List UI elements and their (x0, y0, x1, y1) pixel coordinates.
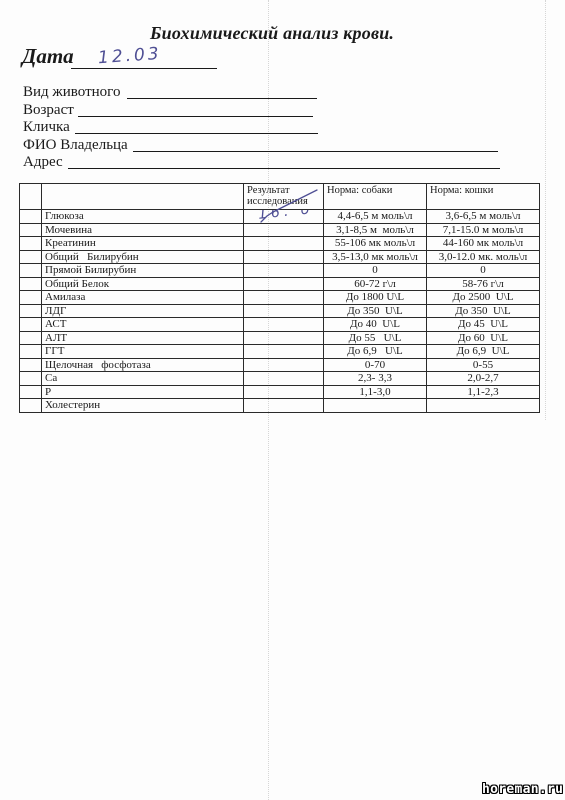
table-row: P 1,1-3,0 1,1-2,3 (20, 385, 540, 399)
result-cell[interactable] (244, 385, 324, 399)
document-title: Биохимический анализ крови. (150, 23, 394, 44)
result-cell[interactable] (244, 250, 324, 264)
parameter-name: АСТ (42, 318, 244, 332)
result-cell[interactable] (244, 223, 324, 237)
norm-dogs: 2,3- 3,3 (324, 372, 427, 386)
norm-cats: 44-160 мк моль\л (427, 237, 540, 251)
norm-cats: 2,0-2,7 (427, 372, 540, 386)
norm-dogs: 3,1-8,5 м моль\л (324, 223, 427, 237)
result-cell[interactable] (244, 318, 324, 332)
table-row: АЛТ До 55 U\L До 60 U\L (20, 331, 540, 345)
norm-cats: 58-76 г\л (427, 277, 540, 291)
norm-cats: 0 (427, 264, 540, 278)
norm-dogs: До 55 U\L (324, 331, 427, 345)
result-cell[interactable] (244, 264, 324, 278)
row-number (20, 223, 42, 237)
scan-artifact (545, 0, 546, 420)
result-cell[interactable] (244, 291, 324, 305)
norm-dogs (324, 399, 427, 413)
table-row: АСТ До 40 U\L До 45 U\L (20, 318, 540, 332)
table-row: Щелочная фосфотаза 0-70 0-55 (20, 358, 540, 372)
norm-dogs: 4,4-6,5 м моль\л (324, 210, 427, 224)
row-number (20, 277, 42, 291)
field-label-age: Возраст (23, 102, 74, 119)
parameter-name: Амилаза (42, 291, 244, 305)
parameter-name: Ca (42, 372, 244, 386)
watermark: horeman.ru (482, 782, 563, 797)
row-number (20, 304, 42, 318)
result-cell[interactable] (244, 372, 324, 386)
result-cell[interactable]: 16. о (244, 210, 324, 224)
norm-dogs: До 350 U\L (324, 304, 427, 318)
row-number (20, 210, 42, 224)
table-row: Прямой Билирубин 0 0 (20, 264, 540, 278)
result-cell[interactable] (244, 237, 324, 251)
norm-cats: 7,1-15.0 м моль\л (427, 223, 540, 237)
row-number (20, 345, 42, 359)
parameter-name: Креатинин (42, 237, 244, 251)
field-line-nickname[interactable] (75, 133, 318, 134)
scanned-document-page: Биохимический анализ крови. Дата 12.03 В… (0, 0, 565, 800)
row-number (20, 331, 42, 345)
norm-cats: До 350 U\L (427, 304, 540, 318)
table-header-row: Результат исследования Норма: собаки Нор… (20, 184, 540, 210)
field-label-nickname: Кличка (23, 119, 70, 136)
table-row: Креатинин 55-106 мк моль\л 44-160 мк мол… (20, 237, 540, 251)
row-number (20, 358, 42, 372)
norm-cats: 3,6-6,5 м моль\л (427, 210, 540, 224)
date-label: Дата (22, 44, 74, 69)
table-row: Глюкоза 16. о 4,4-6,5 м моль\л 3,6-6,5 м… (20, 210, 540, 224)
parameter-name: ГГТ (42, 345, 244, 359)
date-handwritten-value: 12.03 (97, 44, 162, 68)
header-norm-cats: Норма: кошки (427, 184, 540, 210)
table-row: Общий Белок 60-72 г\л 58-76 г\л (20, 277, 540, 291)
norm-dogs: 0 (324, 264, 427, 278)
table-row: Ca 2,3- 3,3 2,0-2,7 (20, 372, 540, 386)
norm-dogs: До 6,9 U\L (324, 345, 427, 359)
norm-dogs: 55-106 мк моль\л (324, 237, 427, 251)
parameter-name: Прямой Билирубин (42, 264, 244, 278)
row-number (20, 264, 42, 278)
parameter-name: Общий Белок (42, 277, 244, 291)
row-number (20, 318, 42, 332)
row-number (20, 385, 42, 399)
norm-cats: До 45 U\L (427, 318, 540, 332)
header-result: Результат исследования (244, 184, 324, 210)
parameter-name: P (42, 385, 244, 399)
field-label-address: Адрес (23, 154, 63, 171)
header-parameter (42, 184, 244, 210)
table-row: Общий Билирубин 3,5-13,0 мк моль\л 3,0-1… (20, 250, 540, 264)
field-line-age[interactable] (78, 116, 313, 117)
table-row: Холестерин (20, 399, 540, 413)
norm-dogs: До 1800 U\L (324, 291, 427, 305)
norm-cats (427, 399, 540, 413)
date-underline (71, 68, 217, 69)
parameter-name: Глюкоза (42, 210, 244, 224)
norm-cats: 0-55 (427, 358, 540, 372)
header-norm-dogs: Норма: собаки (324, 184, 427, 210)
norm-cats: До 6,9 U\L (427, 345, 540, 359)
field-label-species: Вид животного (23, 84, 120, 101)
row-number (20, 291, 42, 305)
result-cell[interactable] (244, 345, 324, 359)
norm-dogs: 1,1-3,0 (324, 385, 427, 399)
row-number (20, 372, 42, 386)
header-number (20, 184, 42, 210)
field-line-owner-name[interactable] (133, 151, 498, 152)
parameter-name: Мочевина (42, 223, 244, 237)
norm-cats: До 2500 U\L (427, 291, 540, 305)
row-number (20, 250, 42, 264)
field-line-species[interactable] (127, 98, 317, 99)
norm-dogs: 3,5-13,0 мк моль\л (324, 250, 427, 264)
parameter-name: Общий Билирубин (42, 250, 244, 264)
result-cell[interactable] (244, 358, 324, 372)
field-line-address[interactable] (68, 168, 500, 169)
parameter-name: Холестерин (42, 399, 244, 413)
table-row: Амилаза До 1800 U\L До 2500 U\L (20, 291, 540, 305)
handwritten-result: 16. о (258, 210, 314, 221)
result-cell[interactable] (244, 277, 324, 291)
field-label-owner-name: ФИО Владельца (23, 137, 128, 154)
norm-dogs: 0-70 (324, 358, 427, 372)
result-cell[interactable] (244, 331, 324, 345)
norm-cats: 3,0-12.0 мк. моль\л (427, 250, 540, 264)
table-row: Мочевина 3,1-8,5 м моль\л 7,1-15.0 м мол… (20, 223, 540, 237)
parameter-name: Щелочная фосфотаза (42, 358, 244, 372)
table-row: ЛДГ До 350 U\L До 350 U\L (20, 304, 540, 318)
norm-cats: До 60 U\L (427, 331, 540, 345)
table-row: ГГТ До 6,9 U\L До 6,9 U\L (20, 345, 540, 359)
result-cell[interactable] (244, 304, 324, 318)
norm-dogs: 60-72 г\л (324, 277, 427, 291)
parameter-name: АЛТ (42, 331, 244, 345)
biochemistry-table: Результат исследования Норма: собаки Нор… (19, 183, 540, 413)
norm-cats: 1,1-2,3 (427, 385, 540, 399)
parameter-name: ЛДГ (42, 304, 244, 318)
norm-dogs: До 40 U\L (324, 318, 427, 332)
result-cell[interactable] (244, 399, 324, 413)
row-number (20, 237, 42, 251)
row-number (20, 399, 42, 413)
